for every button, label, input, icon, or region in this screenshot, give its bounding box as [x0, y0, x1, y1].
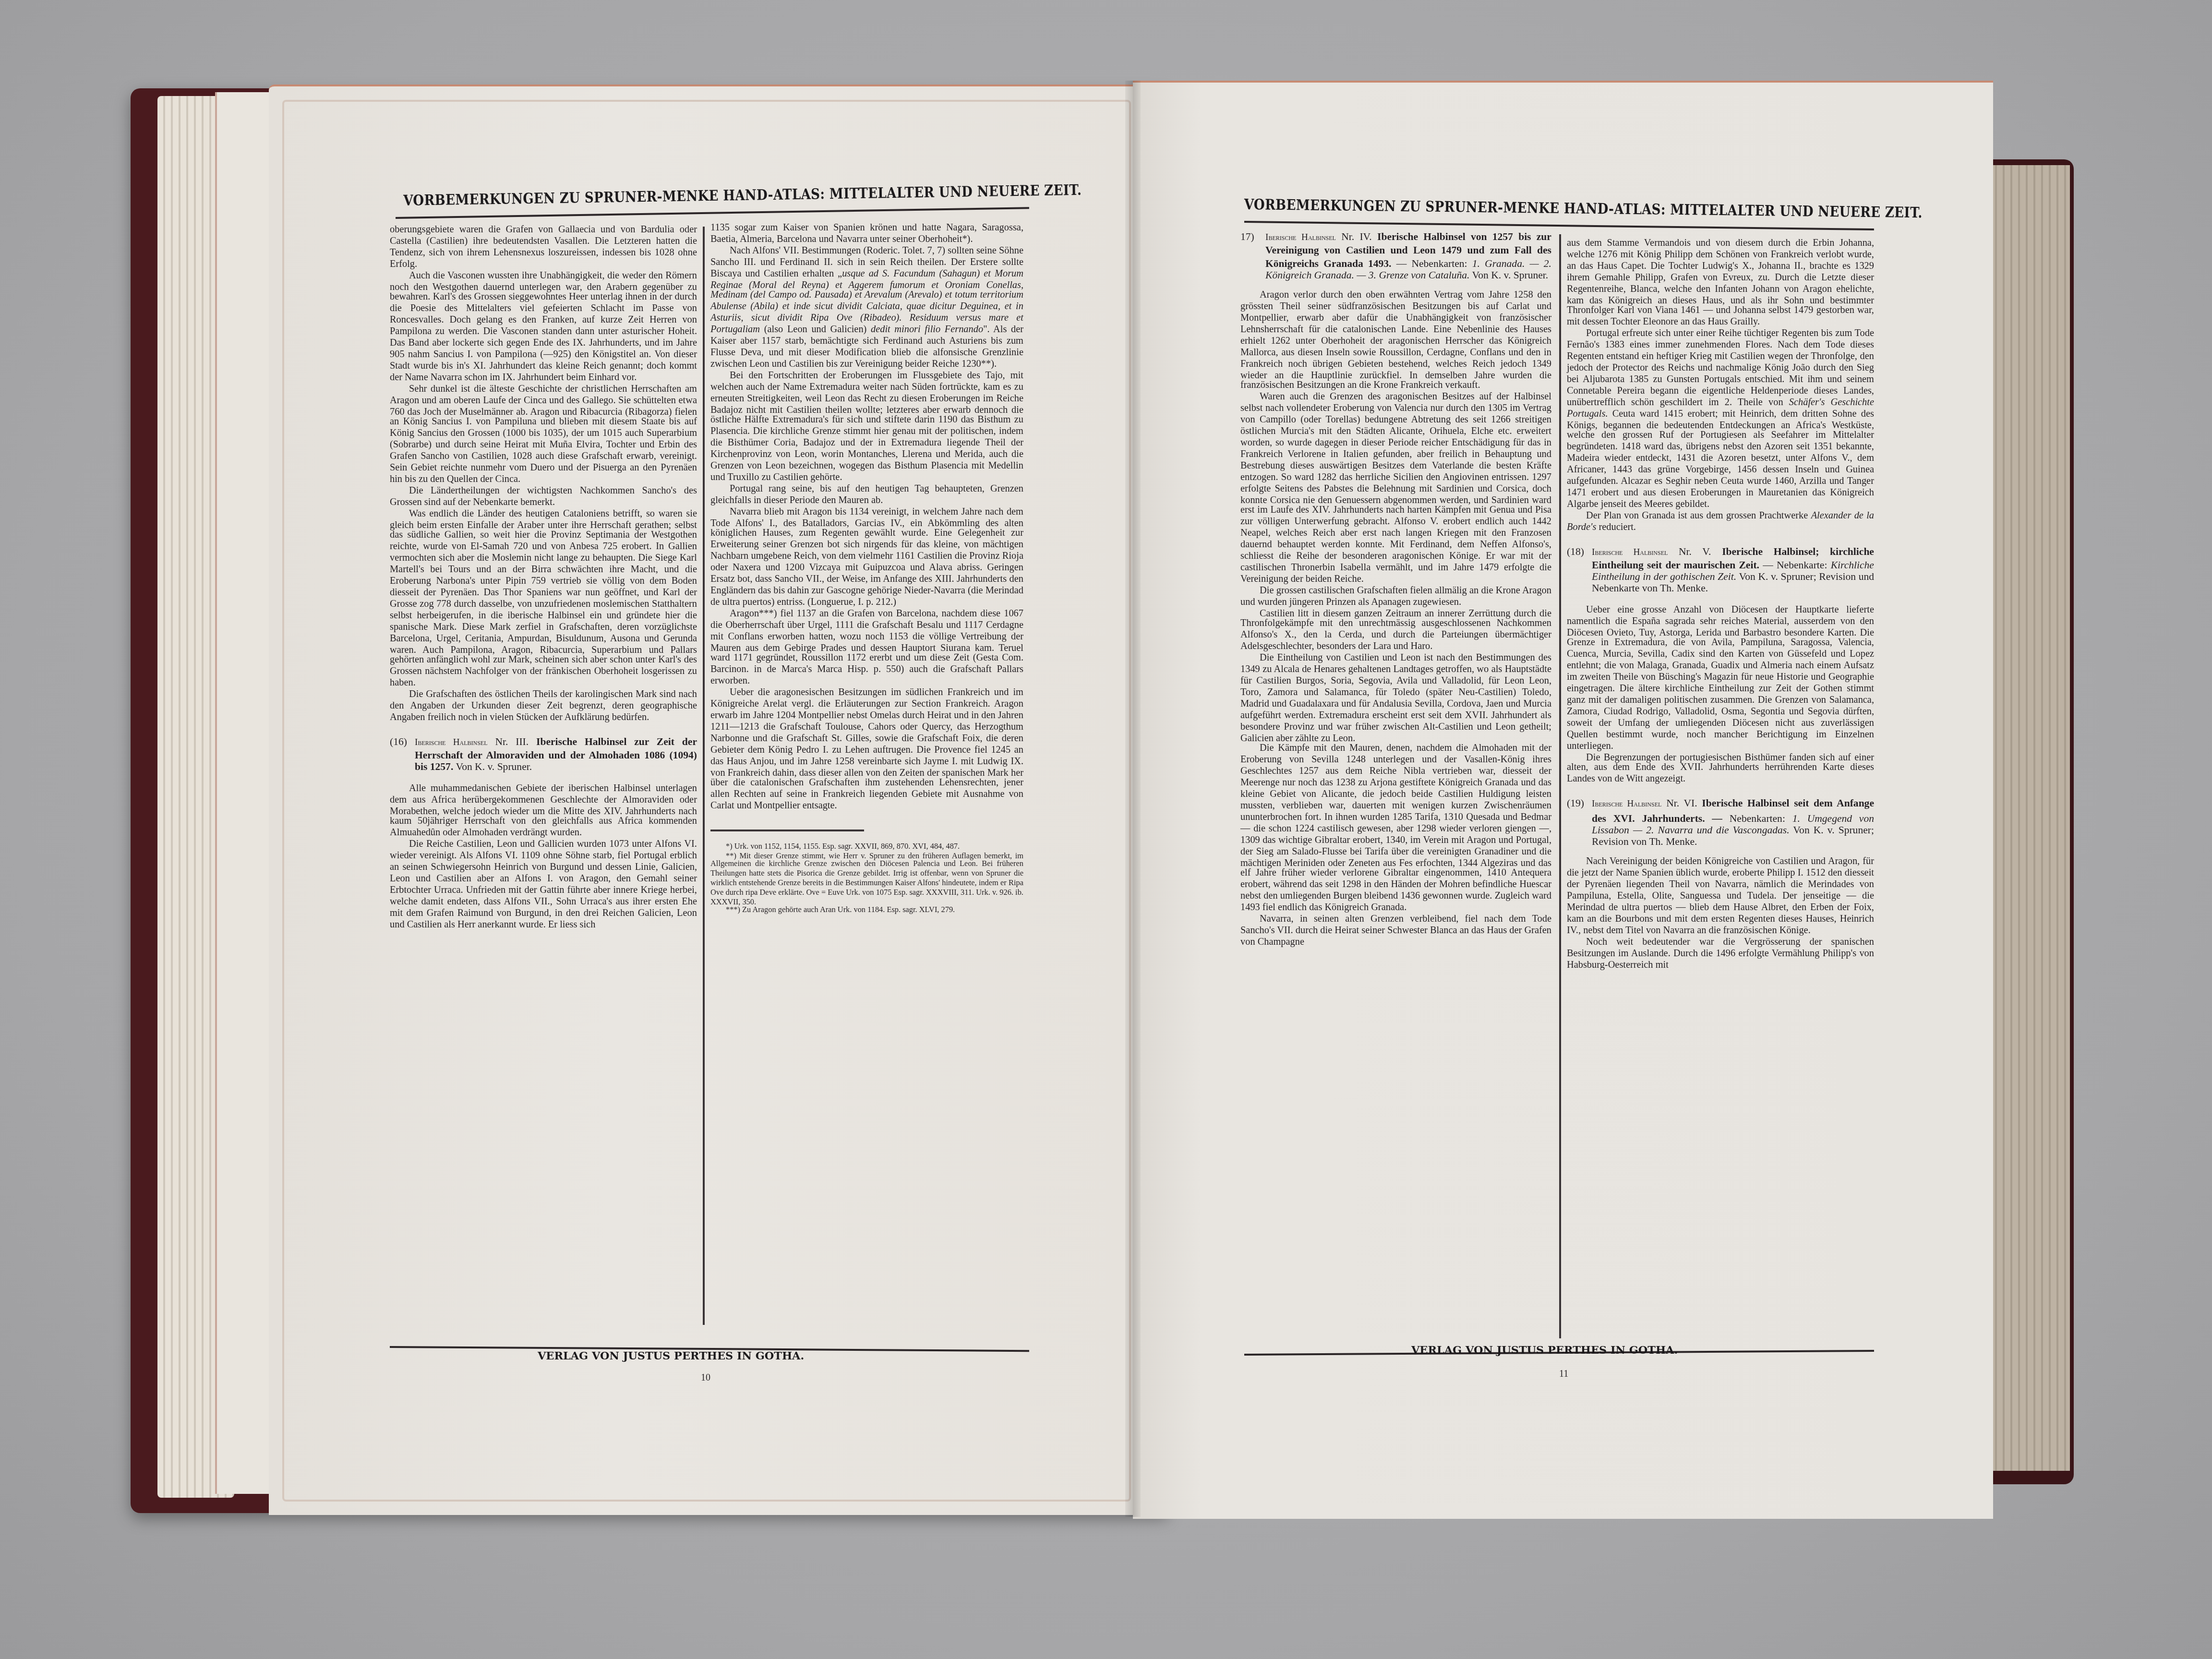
latin-quote: dedit minori filio Fernando: [871, 325, 983, 337]
entry-author: Von K. v. Spruner.: [456, 763, 532, 775]
paragraph: Die Reiche Castilien, Leon und Gallicien…: [390, 842, 697, 932]
entry-map-number: Nr. VI.: [1666, 799, 1697, 811]
entry-series: Iberische Halbinsel: [415, 739, 488, 749]
map-entry-17: 17) Iberische Halbinsel Nr. IV. Iberisch…: [1240, 232, 1551, 283]
entry-number: (19): [1567, 799, 1584, 811]
publisher-footer-left: VERLAG VON JUSTUS PERTHES IN GOTHA.: [538, 1352, 804, 1363]
paragraph: Nach Alfons' VII. Bestimmungen (Roderic.…: [710, 247, 1023, 372]
text-run: Ceuta ward 1415 erobert; mit Heinrich, d…: [1567, 408, 1874, 510]
paragraph: Alle muhammedanischen Gebiete der iberis…: [390, 785, 697, 842]
entry-subtitle-label: Nebenkarten:: [1730, 813, 1785, 825]
map-entry-18: (18) Iberische Halbinsel Nr. V. Iberisch…: [1567, 546, 1874, 597]
paragraph: Aragon verlor durch den oben erwähnten V…: [1240, 292, 1551, 395]
entry-map-number: Nr. IV.: [1341, 232, 1372, 244]
page-number-right: 11: [1559, 1371, 1568, 1381]
paragraph: Navarra blieb mit Aragon bis 1134 verein…: [710, 508, 1023, 611]
left-page-column-1: oberungsgebiete waren die Grafen von Gal…: [390, 227, 697, 932]
entry-series: Iberische Halbinsel: [1265, 234, 1336, 244]
paragraph: Ueber die aragonesischen Besitzungen im …: [710, 690, 1023, 815]
paragraph: Die Begrenzungen der portugiesischen Bis…: [1567, 754, 1874, 788]
left-page-column-2: 1135 sogar zum Kaiser von Spanien krönen…: [710, 225, 1023, 916]
entry-number: (18): [1567, 546, 1584, 558]
paragraph: Die Eintheilung von Castilien und Leon i…: [1240, 655, 1551, 746]
paragraph: Die grossen castilischen Grafschaften fi…: [1240, 587, 1551, 610]
entry-subtitle-label: — Nebenkarte:: [1763, 560, 1827, 572]
entry-author: Von K. v. Spruner.: [1472, 271, 1549, 282]
map-entry-16: (16) Iberische Halbinsel Nr. III. Iberis…: [390, 737, 697, 776]
paragraph: oberungsgebiete waren die Grafen von Gal…: [390, 227, 697, 272]
paragraph: Aragon***) fiel 1137 an die Grafen von B…: [710, 610, 1023, 689]
publisher-footer-right: VERLAG VON JUSTUS PERTHES IN GOTHA.: [1411, 1346, 1678, 1358]
entry-number: (16): [390, 737, 407, 749]
map-entry-19: (19) Iberische Halbinsel Nr. VI. Iberisc…: [1567, 799, 1874, 850]
paragraph: Waren auch die Grenzen des aragonischen …: [1240, 394, 1551, 587]
gutter-shadow: [1125, 81, 1141, 1517]
paragraph: Ueber eine grosse Anzahl von Diöcesen de…: [1567, 606, 1874, 754]
paragraph: Portugal rang seine, bis auf den heutige…: [710, 485, 1023, 508]
page-number-left: 10: [701, 1375, 710, 1384]
text-run: Der Plan von Granada ist aus dem grossen…: [1586, 510, 1811, 522]
entry-series: Iberische Halbinsel: [1592, 548, 1668, 558]
paragraph: 1135 sogar zum Kaiser von Spanien krönen…: [710, 225, 1023, 247]
paragraph: Castilien litt in diesem ganzen Zeitraum…: [1240, 610, 1551, 655]
entry-number: 17): [1240, 232, 1254, 244]
photo-scene: VORBEMERKUNGEN ZU SPRUNER-MENKE HAND-ATL…: [0, 0, 2212, 1659]
paragraph: Nach Vereinigung der beiden Königreiche …: [1567, 859, 1874, 938]
right-page-column-1: 17) Iberische Halbinsel Nr. IV. Iberisch…: [1240, 232, 1551, 950]
paragraph: aus dem Stamme Vermandois und von diesem…: [1567, 240, 1874, 331]
paragraph: Bei den Fortschritten der Eroberungen im…: [710, 372, 1023, 485]
footnote: **) Mit dieser Grenze stimmt, wie Herr v…: [710, 852, 1023, 907]
entry-map-number: Nr. III.: [495, 737, 529, 749]
paragraph: Was endlich die Länder des heutigen Cata…: [390, 510, 697, 692]
text-run: reduciert.: [1596, 522, 1636, 533]
column-divider: [1559, 234, 1561, 1338]
paragraph: Die Ländertheilungen der wichtigsten Nac…: [390, 487, 697, 510]
paragraph: Die Grafschaften des östlichen Theils de…: [390, 692, 697, 726]
footnote-rule: [710, 830, 864, 831]
paragraph: Navarra, in seinen alten Grenzen verblei…: [1240, 916, 1551, 950]
paragraph: Die Kämpfe mit den Mauren, denen, nachde…: [1240, 746, 1551, 916]
footnotes: *) Urk. von 1152, 1154, 1155. Esp. sagr.…: [710, 842, 1023, 916]
text-run: (also Leon und Galicien): [760, 325, 871, 337]
entry-subtitle-label: — Nebenkarten:: [1396, 258, 1467, 270]
paragraph: Der Plan von Granada ist aus dem grossen…: [1567, 512, 1874, 535]
page-stack-right: [1989, 165, 2070, 1471]
paragraph: Sehr dunkel ist die älteste Geschichte d…: [390, 385, 697, 488]
column-divider: [703, 227, 704, 1325]
paragraph: Noch weit bedeutender war die Vergrösser…: [1567, 938, 1874, 973]
flyleaf: [215, 92, 275, 1494]
right-page-column-2: aus dem Stamme Vermandois und von diesem…: [1567, 240, 1874, 973]
entry-series: Iberische Halbinsel: [1592, 801, 1661, 811]
paragraph: Portugal erfreute sich unter einer Reihe…: [1567, 331, 1874, 512]
paragraph: Auch die Vasconen wussten ihre Unabhängi…: [390, 272, 697, 385]
entry-map-number: Nr. V.: [1679, 546, 1711, 558]
footnote: ***) Zu Aragon gehörte auch Aran Urk. vo…: [710, 907, 1023, 916]
